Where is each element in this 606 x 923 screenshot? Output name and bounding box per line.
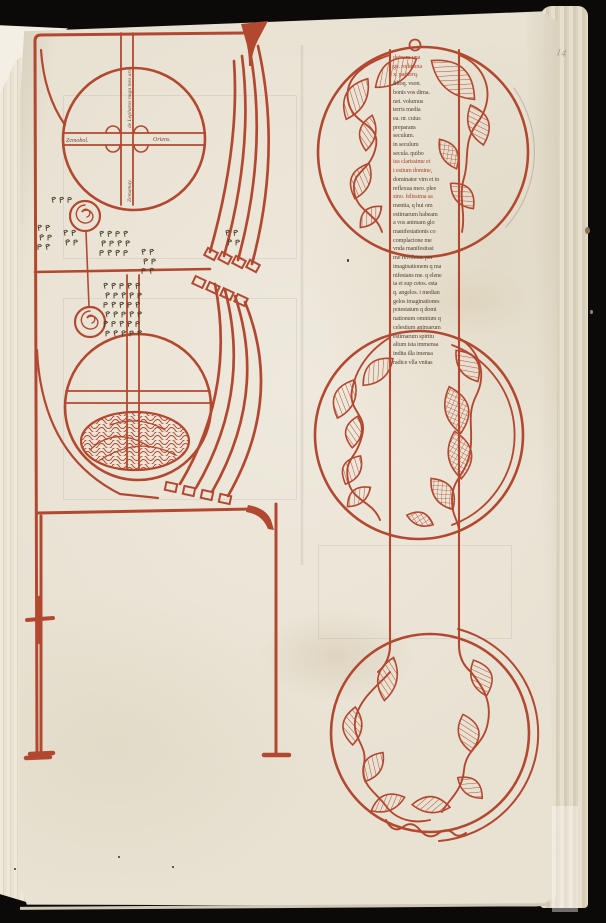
spiral-ball-upper [70, 201, 100, 231]
tally-glyph [66, 240, 70, 245]
latin-text-line: net. volumus [393, 98, 459, 107]
latin-text-line: mentia, q hui om [393, 202, 459, 211]
tally-glyph [114, 312, 118, 317]
tally-glyph [124, 250, 128, 255]
tally-glyph [72, 230, 76, 235]
latin-text-line: bonis vos dima. [393, 89, 459, 98]
tally-glyph [38, 225, 42, 230]
quatrefoil-crossing [106, 126, 148, 152]
tally-glyph [38, 244, 42, 249]
nested-arcs-bottom [165, 276, 261, 504]
tally-glyph [46, 244, 50, 249]
hatched-lobe [440, 383, 474, 435]
hatched-lobe [412, 795, 451, 814]
column-top-ring [410, 40, 421, 51]
latin-text-line: ia et sup cetos. esta [393, 280, 459, 289]
spiral-ball-lower [75, 307, 105, 337]
latin-text-line: seculum. [393, 132, 459, 141]
latin-text-line: celestium animarum [393, 324, 459, 333]
tally-glyph [130, 293, 134, 298]
tally-glyph [46, 225, 50, 230]
tally-glyph [48, 235, 52, 240]
hatched-lobe [345, 159, 377, 201]
tally-glyph [108, 231, 112, 236]
tally-glyph [228, 240, 232, 245]
tally-glyph [124, 231, 128, 236]
latin-text-line: ge. rodemna [393, 63, 459, 72]
folio-number: 14 [555, 47, 567, 60]
tally-glyph [128, 283, 132, 288]
latin-text-line: gelos imaginationes [393, 298, 459, 307]
left-frame [26, 21, 289, 758]
hatched-lobe [327, 375, 363, 422]
tally-glyph [74, 240, 78, 245]
tally-glyph [108, 250, 112, 255]
hatched-lobe [356, 747, 389, 785]
latin-text-line: alium ista immensa [393, 341, 459, 350]
tally-glyph [236, 240, 240, 245]
latin-text-line: in seculum [393, 141, 459, 150]
tally-glyph [110, 241, 114, 246]
tally-glyph [40, 235, 44, 240]
tally-glyph [120, 302, 124, 307]
ink-speck [14, 868, 16, 870]
latin-text-line: sino. felissima sa [393, 193, 459, 202]
pencil-underdrawing-arc [506, 88, 534, 227]
tally-glyph [150, 249, 154, 254]
ink-drawing: Zemobol. Oriens. de Lepharos nuga mes ar… [0, 0, 606, 923]
tally-glyph [114, 293, 118, 298]
tally-glyph [52, 197, 56, 202]
manuscript-scan: { "page": { "folio_number": "14", "backg… [0, 0, 606, 923]
tally-glyph-clusters [38, 197, 240, 336]
tally-glyph [112, 302, 116, 307]
latin-text-line: secula. quibo [393, 150, 459, 159]
hatched-lobe [455, 712, 483, 753]
latin-text-line: estimarum spiritu [393, 333, 459, 342]
trumpet-flare-top [241, 21, 268, 66]
left-diagram: Zemobol. Oriens. de Lepharos nuga mes ar… [26, 21, 289, 758]
ink-speck [172, 866, 174, 868]
latin-text-line: deinam vna [393, 54, 459, 63]
tally-glyph [68, 197, 72, 202]
hatched-lobe [463, 101, 495, 147]
latin-text-line: complacione me [393, 237, 459, 246]
tally-glyph [102, 241, 106, 246]
tally-glyph [106, 331, 110, 336]
outer-arc-bottom [439, 629, 538, 841]
latin-text-line: nifestans me. q elene [393, 272, 459, 281]
latin-text-line: me revoletur. per [393, 254, 459, 263]
tally-glyph [126, 241, 130, 246]
tally-glyph [64, 230, 68, 235]
hatched-lobe [374, 655, 402, 702]
latin-text-line: vnda manifestissi [393, 245, 459, 254]
label-west: Zemobol. [66, 138, 89, 144]
nested-arcs-top [204, 46, 268, 272]
label-east: Oriens. [153, 137, 171, 143]
tally-glyph [104, 302, 108, 307]
latin-text-line: ea. nr. cuius [393, 115, 459, 124]
hatched-lobe [405, 508, 436, 530]
latin-text-line: indita illa imensa [393, 350, 459, 359]
ink-speck [118, 856, 120, 858]
tally-glyph [122, 312, 126, 317]
latin-text-line: i estium domine, [393, 167, 459, 176]
latin-text-line: nationum omnium q [393, 315, 459, 324]
latin-text-line: q. angelos. i median [393, 289, 459, 298]
tally-glyph [106, 293, 110, 298]
tally-glyph [128, 321, 132, 326]
tally-glyph [144, 259, 148, 264]
latin-text-line: x. pariterq. [393, 71, 459, 80]
tally-glyph [112, 283, 116, 288]
hatched-lobe [466, 656, 498, 699]
tally-glyph [114, 330, 118, 335]
trumpet-flare-bottom [246, 505, 274, 530]
tally-glyph [130, 311, 134, 316]
stain-spot [590, 310, 593, 314]
hatched-lobe [425, 472, 462, 514]
tally-glyph [106, 311, 110, 316]
tally-glyph [152, 259, 156, 264]
latin-text-line: potestatum q domi [393, 306, 459, 315]
left-top-circle [63, 33, 205, 210]
hanging-line [86, 231, 89, 307]
latin-text-line: preparans [393, 124, 459, 133]
latin-text-line: terris media [393, 106, 459, 115]
left-bottom-circle [65, 275, 211, 480]
latin-text-line: imaginationem q ma [393, 263, 459, 272]
latin-text-line: manifestationis co [393, 228, 459, 237]
tally-glyph [122, 292, 126, 297]
tally-glyph [120, 283, 124, 288]
latin-text-line: estimarum habeam [393, 211, 459, 220]
tally-glyph [116, 231, 120, 236]
tally-glyph [112, 321, 116, 326]
label-vertical-lower: Zemamay. [127, 179, 133, 202]
tally-glyph [142, 249, 146, 254]
latin-text-line: ius clarissime et [393, 158, 459, 167]
tally-glyph [234, 230, 238, 235]
latin-text-column: deinam vnage. rodemnax. pariterq.filioq.… [393, 54, 459, 367]
tally-glyph [100, 231, 104, 236]
latin-text-line: radice vlla vnitas [393, 359, 459, 368]
tally-glyph [118, 240, 122, 245]
tally-glyph [120, 321, 124, 326]
tally-glyph [100, 250, 104, 255]
tally-glyph [104, 283, 108, 288]
hatched-lobe [342, 706, 363, 745]
tally-glyph [116, 250, 120, 255]
tally-glyph [128, 302, 132, 307]
tally-glyph [60, 197, 64, 202]
hatched-lobe [356, 350, 398, 391]
label-vertical-upper: de Lepharos nuga mes arc. [127, 68, 133, 128]
latin-text-line: a vos animam glo [393, 219, 459, 228]
latin-text-line: dominator vim et in [393, 176, 459, 185]
ink-speck [347, 259, 349, 262]
direction-labels: Zemobol. Oriens. de Lepharos nuga mes ar… [66, 68, 171, 202]
latin-text-line: reflexua meo. plee [393, 185, 459, 194]
tape-strip [552, 806, 578, 912]
stain-spot [585, 227, 590, 234]
latin-text-line: filioq. vson. [393, 80, 459, 89]
arc-clasps [204, 248, 259, 272]
